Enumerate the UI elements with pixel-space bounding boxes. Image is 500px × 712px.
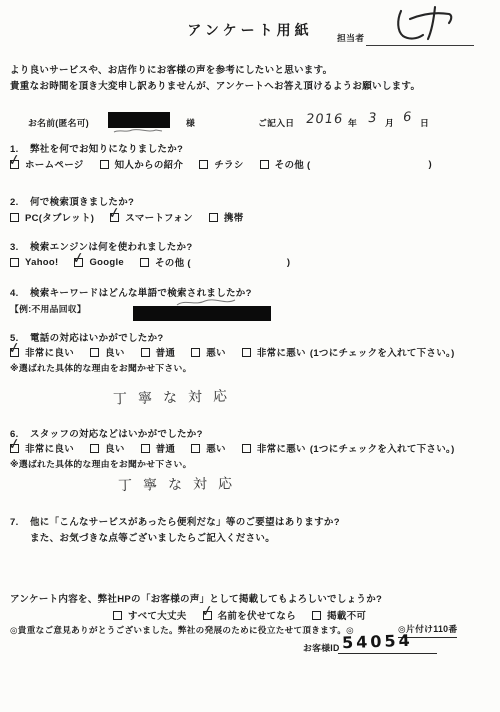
publish-option-all-ok: すべて大丈夫	[128, 608, 187, 622]
q3-paren-close: )	[287, 257, 290, 268]
q6-option-bad: 悪い	[206, 441, 226, 455]
day-unit: 日	[420, 116, 429, 129]
q3-option-other: その他 (	[155, 255, 191, 269]
q1-checkbox-flyer	[199, 160, 208, 169]
q3-checkbox-other	[140, 258, 149, 267]
q2-checkbox-pc	[10, 213, 19, 222]
month-unit: 月	[385, 116, 394, 129]
q5-option-good: 良い	[105, 345, 125, 359]
date-year-handwritten: 2016	[305, 112, 344, 127]
name-ink-trace	[112, 127, 164, 135]
q1-option-flyer: チラシ	[214, 157, 243, 171]
customer-id-label: お客様ID	[303, 641, 340, 654]
q5-option-bad: 悪い	[206, 345, 226, 359]
publish-option-anonymous: 名前を伏せてなら	[218, 608, 296, 622]
q4-answer-redaction-bar	[133, 306, 271, 321]
q6-option-very-bad: 非常に悪い	[257, 441, 306, 455]
q2-checkbox-smartphone	[110, 213, 119, 222]
publish-option-no: 掲載不可	[327, 608, 366, 622]
q5-options: 非常に良い 良い 普通 悪い 非常に悪い (1つにチェックを入れて下さい。)	[10, 345, 455, 359]
question-3: 3.検索エンジンは何を使われましたか?	[10, 239, 192, 253]
date-label: ご記入日	[258, 116, 294, 129]
question-5: 5.電話の対応はいかがでしたか?	[10, 330, 164, 344]
q1-text: 弊社を何でお知りになりましたか?	[30, 144, 183, 155]
intro-line-1: より良いサービスや、お店作りにお客様の声を参考にしたいと思います。	[10, 62, 332, 76]
name-label: お名前(匿名可)	[28, 116, 89, 129]
q5-checkbox-very-bad	[242, 348, 251, 357]
q3-text: 検索エンジンは何を使われましたか?	[30, 242, 192, 253]
q2-checkbox-mobile	[209, 213, 218, 222]
q5-note: (1つにチェックを入れて下さい。)	[310, 345, 455, 359]
q6-option-good: 良い	[105, 441, 125, 455]
q3-number: 3.	[10, 242, 30, 253]
q3-checkbox-google	[74, 258, 83, 267]
q1-checkbox-homepage	[10, 160, 19, 169]
q5-option-normal: 普通	[156, 345, 176, 359]
q7-line-2: また、お気づきな点等ございましたらご記入ください。	[30, 530, 275, 544]
q6-handwritten-answer: 丁寧な対応	[118, 473, 243, 495]
q3-option-google: Google	[89, 257, 124, 268]
customer-id-handwritten: 54054	[342, 631, 413, 652]
q1-option-referral: 知人からの紹介	[115, 157, 184, 171]
date-day-handwritten: 6	[402, 110, 413, 125]
question-7: 7.他に「こんなサービスがあったら便利だな」等のご要望はありますか?	[10, 514, 340, 528]
q4-number: 4.	[10, 288, 30, 299]
staff-label: 担当者	[337, 31, 364, 44]
q6-checkbox-normal	[141, 444, 150, 453]
footer-thanks: ◎貴重なご意見ありがとうございました。弊社の発展のために役立たせて頂きます。◎	[10, 624, 354, 636]
q5-reason-prompt: ※選ばれた具体的な理由をお聞かせ下さい。	[10, 361, 192, 374]
question-6: 6.スタッフの対応などはいかがでしたか?	[10, 426, 203, 440]
name-redaction-bar	[108, 112, 170, 128]
q6-checkbox-bad	[191, 444, 200, 453]
q5-checkbox-bad	[191, 348, 200, 357]
q6-checkbox-good	[90, 444, 99, 453]
q1-checkbox-other	[260, 160, 269, 169]
q3-options: Yahoo! Google その他 ( )	[10, 255, 290, 269]
year-unit: 年	[348, 116, 357, 129]
question-1: 1.弊社を何でお知りになりましたか?	[10, 141, 183, 155]
q2-option-pc: PC(タブレット)	[25, 210, 94, 224]
q3-option-yahoo: Yahoo!	[25, 257, 58, 268]
intro-line-2: 貴重なお時間を頂き大変申し訳ありませんが、アンケートへお答え頂けるようお願いしま…	[10, 78, 420, 92]
q5-handwritten-answer: 丁寧な対応	[113, 385, 238, 408]
q7-number: 7.	[10, 517, 30, 528]
publish-options: すべて大丈夫 名前を伏せてなら 掲載不可	[113, 608, 382, 622]
q2-option-mobile: 携帯	[224, 210, 244, 224]
q1-option-homepage: ホームページ	[25, 157, 84, 171]
q5-option-very-good: 非常に良い	[25, 345, 74, 359]
q6-note: (1つにチェックを入れて下さい。)	[310, 441, 455, 455]
q1-option-other: その他 (	[275, 157, 311, 171]
q1-checkbox-referral	[100, 160, 109, 169]
survey-sheet: アンケート用紙 担当者 より良いサービスや、お店作りにお客様の声を参考にしたいと…	[0, 0, 500, 712]
q3-checkbox-yahoo	[10, 258, 19, 267]
q5-checkbox-very-good	[10, 348, 19, 357]
q1-options: ホームページ 知人からの紹介 チラシ その他 ( )	[10, 157, 432, 171]
staff-signature	[388, 4, 458, 46]
q4-example: 【例:不用品回収】	[10, 302, 86, 315]
honorific-label: 様	[186, 116, 195, 129]
q5-option-very-bad: 非常に悪い	[257, 345, 306, 359]
q6-options: 非常に良い 良い 普通 悪い 非常に悪い (1つにチェックを入れて下さい。)	[10, 441, 455, 455]
q6-option-normal: 普通	[156, 441, 176, 455]
q5-checkbox-normal	[141, 348, 150, 357]
q6-checkbox-very-bad	[242, 444, 251, 453]
customer-id-line	[338, 653, 437, 654]
publish-checkbox-all-ok	[113, 611, 122, 620]
q6-option-very-good: 非常に良い	[25, 441, 74, 455]
q2-option-smartphone: スマートフォン	[125, 210, 193, 224]
q1-paren-close: )	[428, 159, 431, 170]
publish-checkbox-anonymous	[203, 611, 212, 620]
q2-number: 2.	[10, 197, 30, 208]
publish-checkbox-no	[312, 611, 321, 620]
q2-options: PC(タブレット) スマートフォン 携帯	[10, 210, 260, 224]
publish-question: アンケート内容を、弊社HPの「お客様の声」として掲載してもよろしいでしょうか?	[10, 591, 382, 605]
q5-checkbox-good	[90, 348, 99, 357]
date-month-handwritten: 3	[367, 111, 378, 126]
q5-text: 電話の対応はいかがでしたか?	[30, 333, 164, 344]
q6-checkbox-very-good	[10, 444, 19, 453]
q7-line-1: 他に「こんなサービスがあったら便利だな」等のご要望はありますか?	[30, 517, 340, 528]
q6-text: スタッフの対応などはいかがでしたか?	[30, 429, 203, 440]
q6-reason-prompt: ※選ばれた具体的な理由をお聞かせ下さい。	[10, 457, 192, 470]
